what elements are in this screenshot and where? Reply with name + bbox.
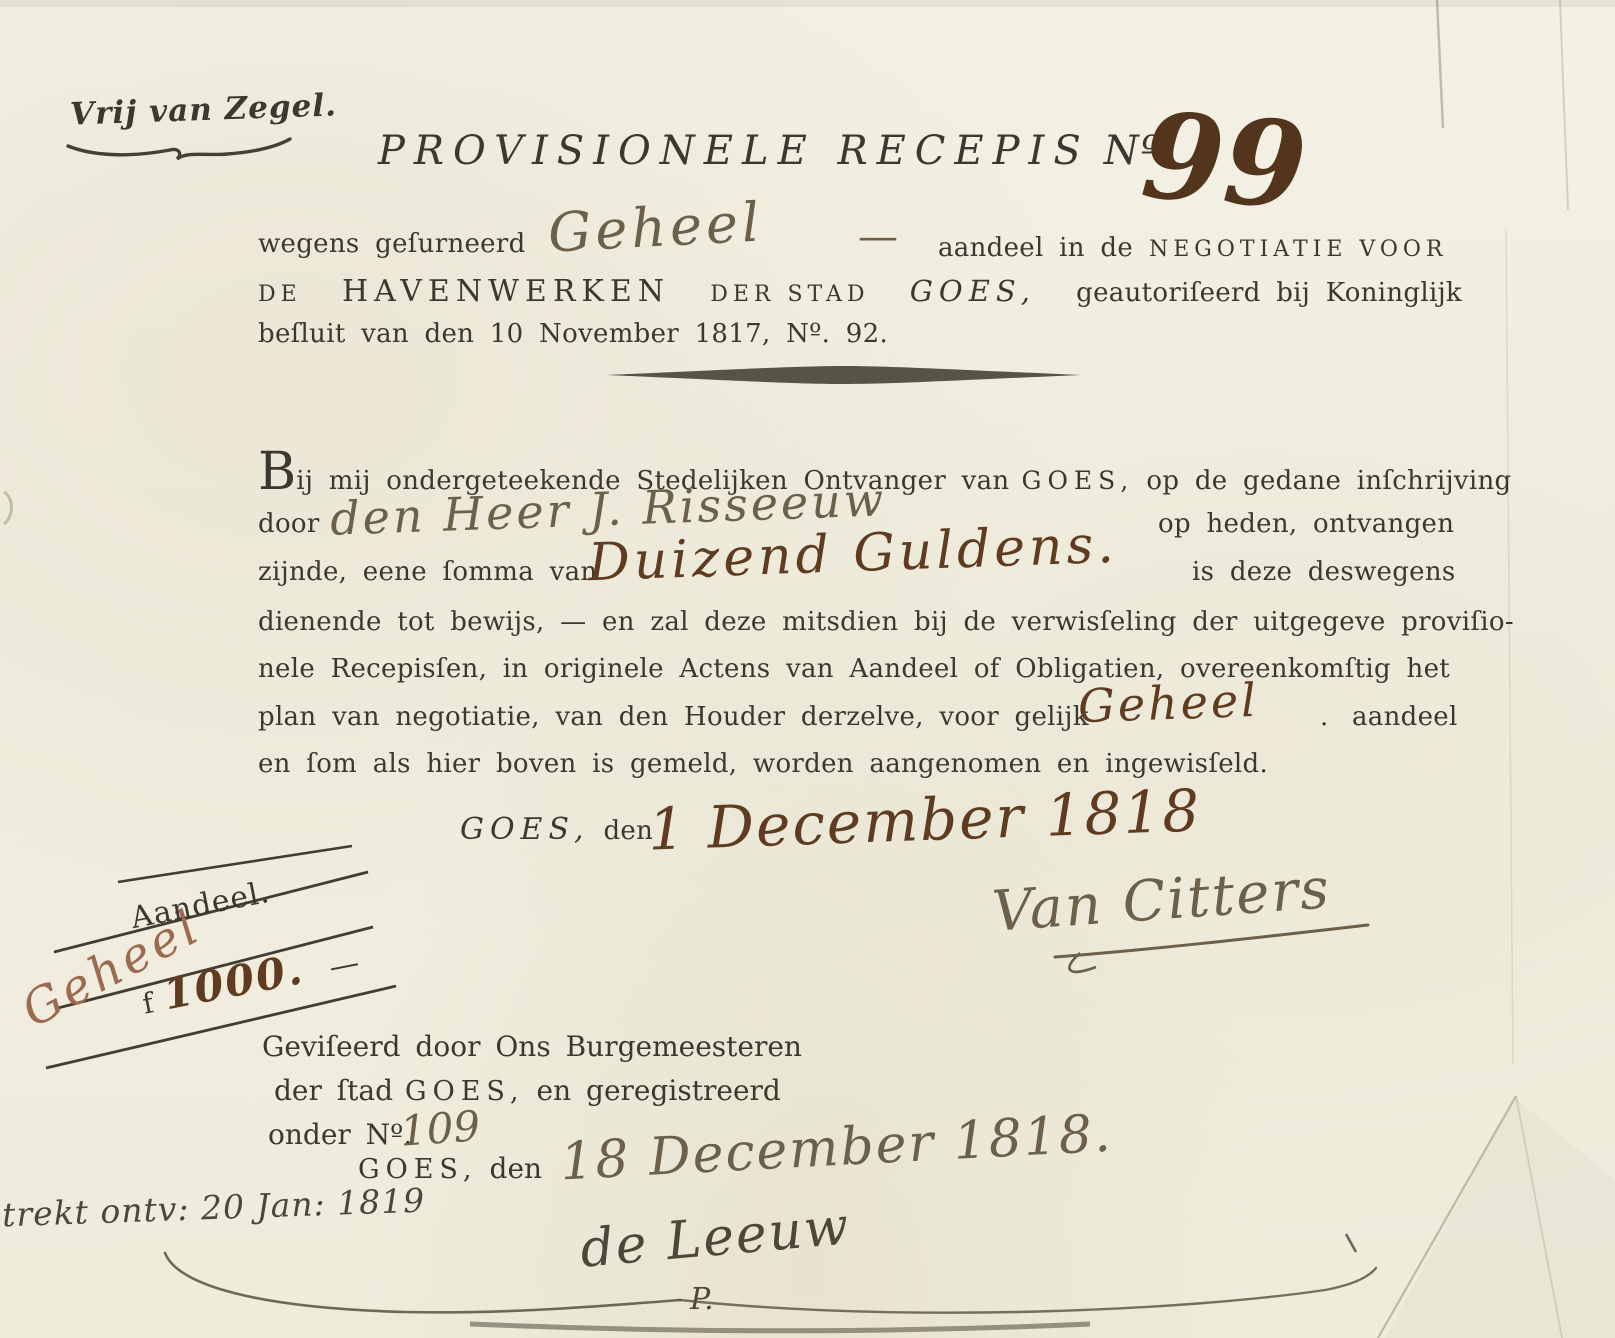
- page-title: PROVISIONELE RECEPISNº.: [378, 128, 1176, 174]
- divider-ornament: [605, 366, 1083, 386]
- body-line5: nele Recepisſen, in originele Actens van…: [258, 653, 1450, 687]
- body-dropcap: B: [258, 452, 296, 494]
- body-line2-right: op heden, ontvangen: [1158, 508, 1454, 542]
- handwritten-register-number: 109: [398, 1101, 481, 1155]
- dateline-place: GOES,: [460, 812, 589, 847]
- intro-line1-negotiatie: NEGOTIATIE VOOR: [1149, 237, 1448, 262]
- body-line7: en ſom als hier boven is gemeld, worden …: [258, 748, 1268, 782]
- handwritten-date-main: 1 December 1818: [647, 776, 1202, 863]
- signature-secondary-flourish: [150, 1228, 1410, 1336]
- visa-den: den: [490, 1152, 543, 1185]
- visa-line3: onder Nº.: [268, 1118, 412, 1151]
- intro-line2-goes: GOES,: [910, 274, 1036, 308]
- stamp-exempt-note: Vrij van Zegel.: [69, 87, 337, 132]
- visa-line1: Geviſeerd door Ons Burgemeesteren: [262, 1030, 802, 1063]
- intro-line1-left: wegens geſurneerd: [258, 228, 526, 262]
- amount-dash: —: [326, 945, 362, 985]
- visa-line2-a: der ſtad: [274, 1074, 393, 1107]
- handwritten-share-word: Geheel: [546, 190, 764, 264]
- dateline-den: den: [603, 815, 653, 849]
- handwritten-date-visa: 18 December 1818.: [559, 1104, 1114, 1193]
- intro-line1-right-text: aandeel in de: [938, 232, 1133, 266]
- intro-line2-havenwerken: HAVENWERKEN: [342, 274, 670, 309]
- body-line2-door: door: [258, 508, 320, 542]
- underbrace-ornament: [64, 136, 296, 168]
- amount-currency: f: [140, 986, 156, 1020]
- body-line6-aandeel: aandeel: [1352, 701, 1458, 735]
- receipt-number: 99: [1138, 96, 1310, 225]
- handwritten-receipt-note: trekt ontv: 20 Jan: 1819: [1, 1181, 425, 1235]
- handwritten-share-word-2: Geheel: [1077, 673, 1260, 733]
- intro-line2-rest: geautoriſeerd bij Koninglijk: [1076, 277, 1462, 311]
- intro-line2-de: DE: [258, 282, 302, 307]
- body-line1-goes: GOES,: [1021, 466, 1134, 495]
- body-line4: dienende tot bewijs, — en zal deze mitsd…: [258, 606, 1514, 640]
- body-line1-c: op de gedane inſchrijving: [1146, 465, 1511, 499]
- body-line3-left: zijnde, eene ſomma van: [258, 556, 597, 590]
- intro-line3: beſluit van den 10 November 1817, Nº. 92…: [258, 318, 888, 352]
- body-line3-right: is deze deswegens: [1192, 556, 1456, 590]
- title-text: PROVISIONELE RECEPIS: [378, 128, 1090, 174]
- handwritten-dash: —: [858, 214, 898, 260]
- signature-main-flourish: [1000, 905, 1400, 975]
- intro-line2-der-stad: DER STAD: [710, 282, 869, 307]
- body-line6-period: .: [1320, 701, 1329, 735]
- amount-share-label: Aandeel.: [128, 875, 273, 936]
- visa-line2-c: en geregistreerd: [537, 1074, 781, 1107]
- body-line6-left: plan van negotiatie, van den Houder derz…: [258, 701, 1089, 735]
